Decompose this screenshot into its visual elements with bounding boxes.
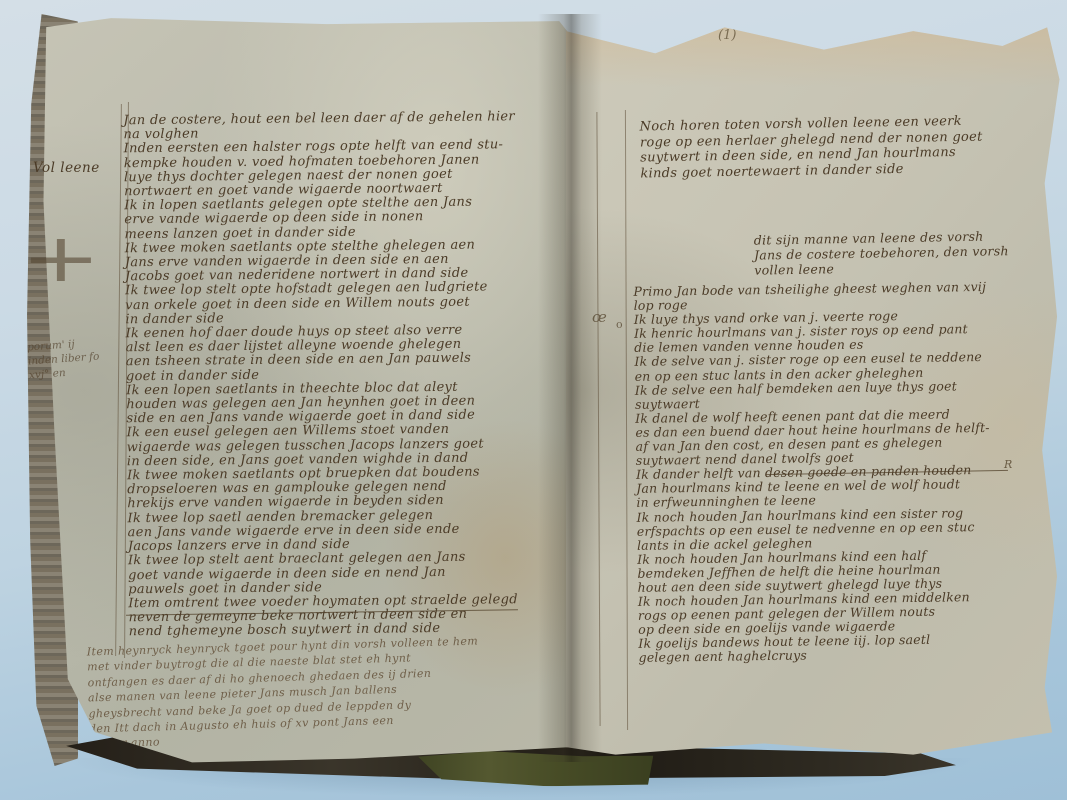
gutter-dot-mark: o — [616, 318, 623, 331]
right-page: (1) œ o Noch horen toten vorsh vollen le… — [566, 20, 1062, 762]
margin-note-liber: porum' ijinden liber foxvj° en — [27, 336, 101, 383]
manuscript-line: gelegen aent haghelcruys — [638, 646, 1048, 666]
right-page-heading-block: dit sijn manne van leene des vorshJans d… — [754, 227, 1055, 277]
cross-mark-icon: + — [21, 220, 101, 298]
right-page-opening-block: Noch horen toten vorsh vollen leene een … — [639, 113, 1040, 182]
ruled-margin-line — [115, 104, 122, 656]
left-page-text-block: Jan de costere, hout een bel leen daer a… — [123, 110, 558, 640]
left-page-addendum-block: Item heynryck heynryck tgoet pour hynt d… — [87, 632, 550, 753]
left-page: Jan de costere, hout een bel leen daer a… — [30, 12, 570, 770]
underline-tail-mark: R — [1004, 458, 1012, 471]
margin-note-vol-leene: Vol leene — [33, 160, 100, 176]
ruled-margin-line — [625, 110, 628, 730]
ruled-margin-line — [596, 112, 600, 726]
gutter-flourish-mark: œ — [592, 308, 607, 326]
manuscript-photo: Jan de costere, hout een bel leen daer a… — [0, 0, 1067, 800]
folio-number: (1) — [718, 28, 736, 43]
